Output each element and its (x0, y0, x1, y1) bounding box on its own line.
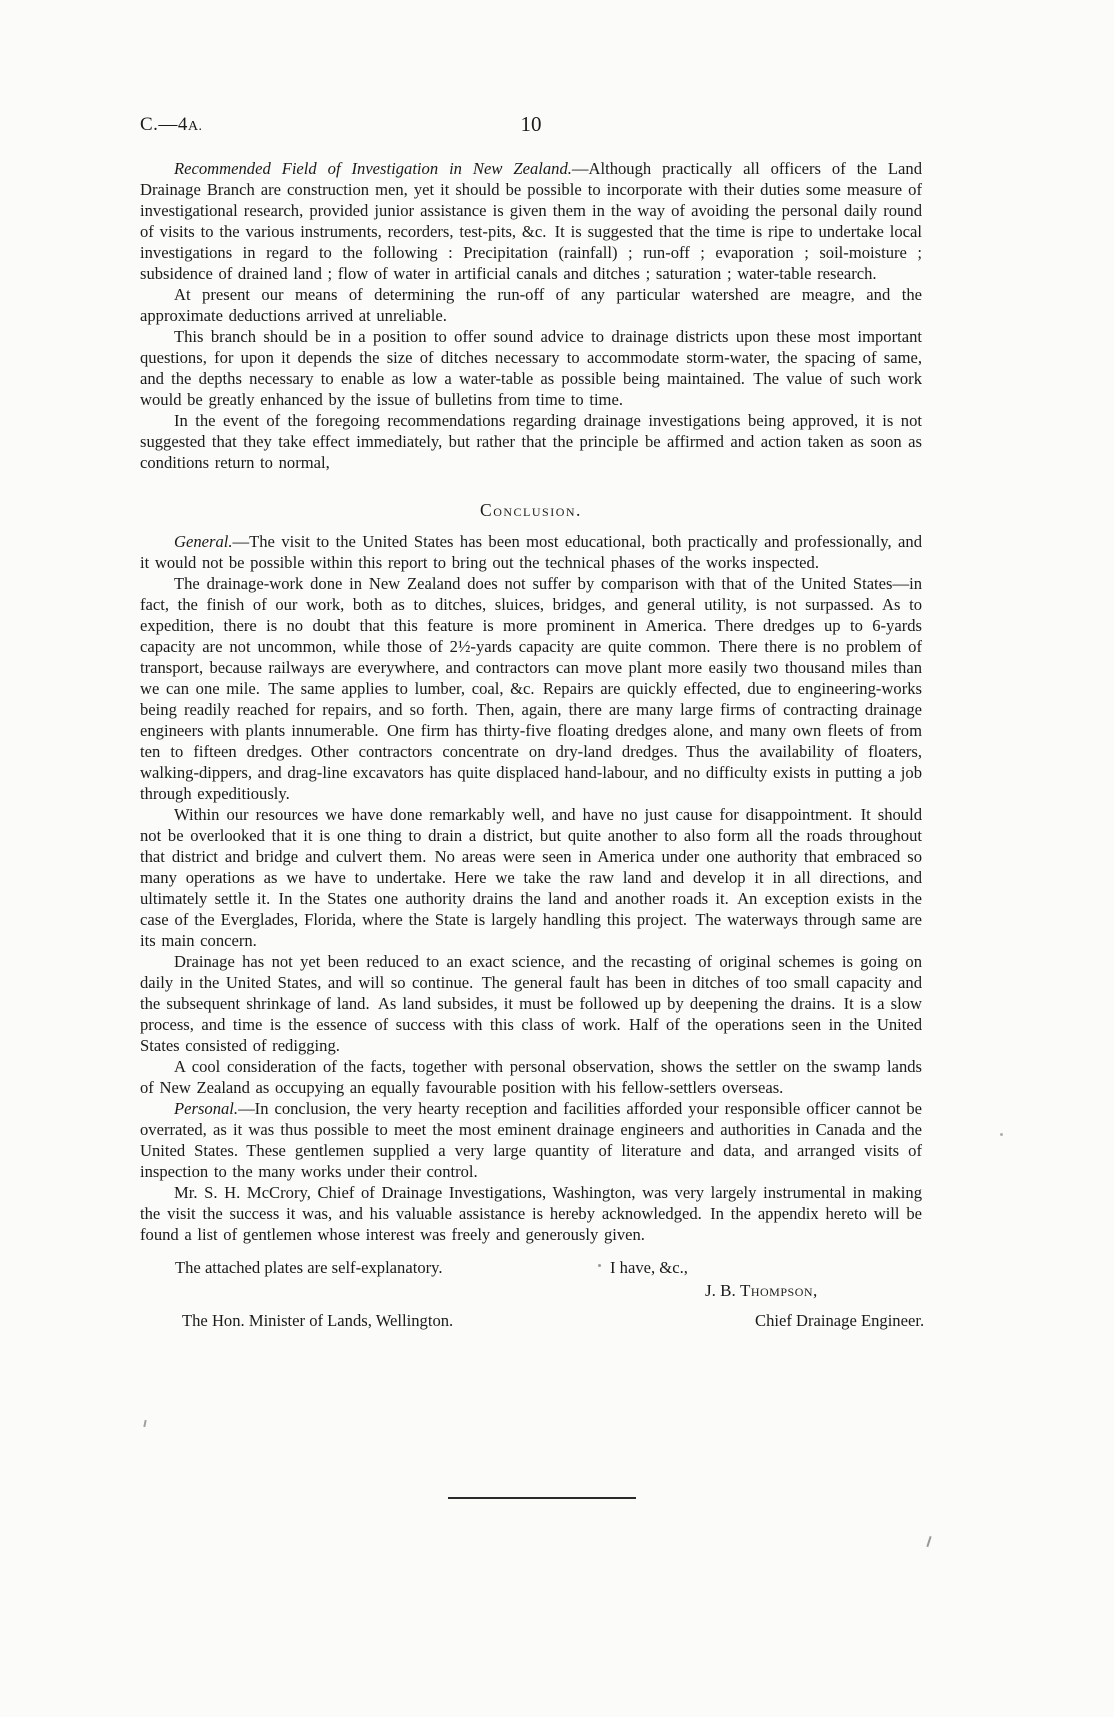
page-header: C.—4A. 10 (140, 112, 922, 142)
paragraph-drainage-work: The drainage-work done in New Zealand do… (140, 573, 922, 804)
conclusion-heading: Conclusion. (140, 500, 922, 521)
paragraph-general: General.—The visit to the United States … (140, 531, 922, 573)
valediction: I have, &c., (610, 1257, 688, 1278)
addressee-line: The Hon. Minister of Lands, Wellington. (182, 1310, 453, 1331)
paragraph-mccrory: Mr. S. H. McCrory, Chief of Drainage Inv… (140, 1182, 922, 1245)
closing-block: The attached plates are self-explanatory… (140, 1257, 922, 1343)
paragraph-recommended-field: Recommended Field of Investigation in Ne… (140, 158, 922, 284)
signature-surname: Thompson, (740, 1281, 818, 1300)
paragraph-exact-science: Drainage has not yet been reduced to an … (140, 951, 922, 1056)
paragraph-text: In the event of the foregoing recommenda… (140, 411, 922, 472)
signature-initials: J. B. (705, 1281, 740, 1300)
page-content: C.—4A. 10 Recommended Field of Investiga… (140, 112, 922, 1343)
signature-name: J. B. Thompson, (705, 1280, 818, 1301)
scan-speck (1000, 1133, 1003, 1136)
paragraph-lead: Recommended Field of Investigation in Ne… (174, 159, 572, 178)
paragraph-in-the-event: In the event of the foregoing recommenda… (140, 410, 922, 473)
page-number: 10 (140, 112, 922, 137)
paragraph-text: A cool consideration of the facts, toget… (140, 1057, 922, 1097)
paragraph-text: The drainage-work done in New Zealand do… (140, 574, 922, 803)
paragraph-within-resources: Within our resources we have done remark… (140, 804, 922, 951)
scan-speck (143, 1420, 146, 1427)
paragraph-this-branch: This branch should be in a position to o… (140, 326, 922, 410)
paragraph-personal: Personal.—In conclusion, the very hearty… (140, 1098, 922, 1182)
scanned-document-page: C.—4A. 10 Recommended Field of Investiga… (0, 0, 1114, 1717)
paragraph-text: This branch should be in a position to o… (140, 327, 922, 409)
paragraph-text: Mr. S. H. McCrory, Chief of Drainage Inv… (140, 1183, 922, 1244)
end-rule (448, 1497, 636, 1499)
paragraph-text: Drainage has not yet been reduced to an … (140, 952, 922, 1055)
paragraph-lead: Personal. (174, 1099, 238, 1118)
paragraph-cool-consideration: A cool consideration of the facts, toget… (140, 1056, 922, 1098)
plates-line: The attached plates are self-explanatory… (175, 1257, 443, 1278)
scan-speck (926, 1536, 931, 1547)
signature-title: Chief Drainage Engineer. (755, 1310, 924, 1331)
paragraph-text: —The visit to the United States has been… (140, 532, 922, 572)
paragraph-text: Within our resources we have done remark… (140, 805, 922, 950)
paragraph-text: —In conclusion, the very hearty receptio… (140, 1099, 922, 1181)
paragraph-lead: General. (174, 532, 233, 551)
paragraph-text: At present our means of determining the … (140, 285, 922, 325)
paragraph-at-present: At present our means of determining the … (140, 284, 922, 326)
